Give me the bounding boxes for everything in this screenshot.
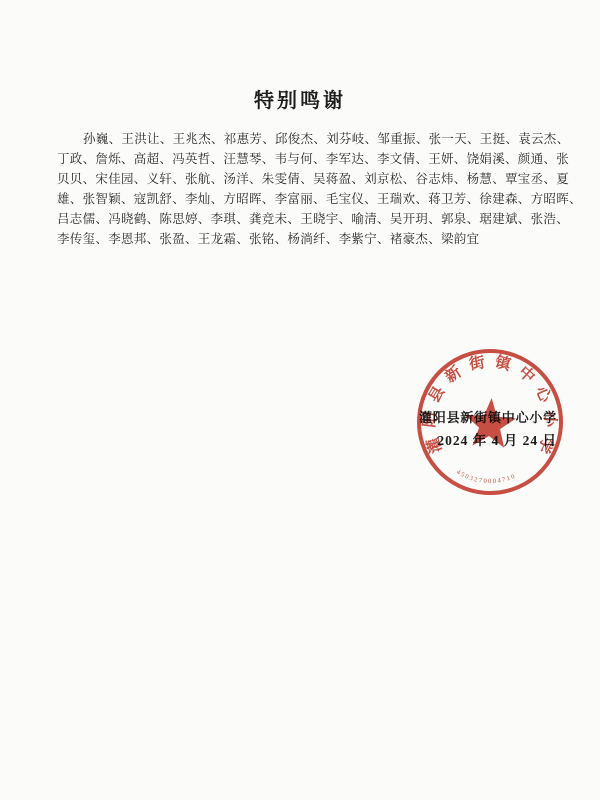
acknowledgement-name-list: 孙巍、王洪让、王兆杰、祁惠芳、邱俊杰、刘芬岐、邹重振、张一天、王挺、袁云杰、 丁… <box>57 129 555 249</box>
official-red-seal: 灌阳县新街镇中心小学 4503270004710 <box>412 344 568 500</box>
scanned-document-page: 特别鸣谢 孙巍、王洪让、王兆杰、祁惠芳、邱俊杰、刘芬岐、邹重振、张一天、王挺、袁… <box>0 0 600 800</box>
name-list-line: 雄、张智颖、寇凯舒、李灿、方昭晖、李富丽、毛宝仪、王瑞欢、蒋卫芳、徐建森、方昭晖… <box>57 189 555 209</box>
page-title: 特别鸣谢 <box>0 84 600 113</box>
seal-serial-number: 4503270004710 <box>454 468 517 487</box>
name-list-line: 丁政、詹烁、高超、冯英哲、汪慧琴、韦与何、李军达、李文倩、王妍、饶娟溪、颜通、张 <box>57 149 555 169</box>
name-list-line: 李传玺、李恩邦、张盈、王龙霜、张铭、杨淌纤、李紫宁、褚豪杰、梁韵宜 <box>57 229 555 249</box>
name-list-line: 吕志儒、冯晓鹤、陈思婷、李琪、龚竞未、王晓宇、喻清、吴开玥、郭泉、琚建斌、张浩、 <box>57 209 555 229</box>
name-list-line: 孙巍、王洪让、王兆杰、祁惠芳、邱俊杰、刘芬岐、邹重振、张一天、王挺、袁云杰、 <box>57 129 555 149</box>
star-icon <box>463 396 518 448</box>
seal-serial-holder: 4503270004710 <box>454 468 517 487</box>
name-list-line: 贝贝、宋佳园、义轩、张航、汤洋、朱雯倩、吴蒋盈、刘京松、谷志炜、杨慧、覃宝丞、夏 <box>57 169 555 189</box>
